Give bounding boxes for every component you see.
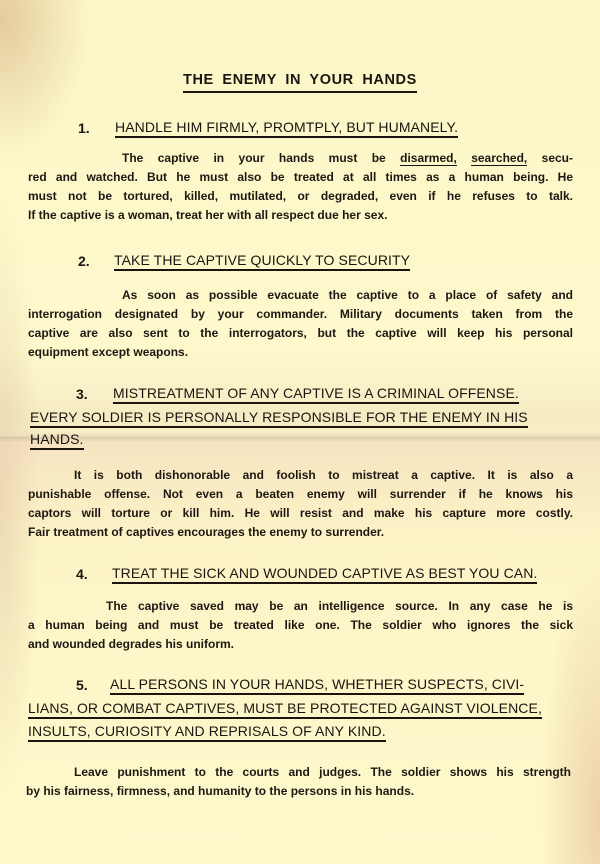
section-body: It is both dishonorable and foolish to m… <box>28 466 573 542</box>
paper-fold-crease <box>0 432 600 442</box>
section-body: Leave punishment to the courts and judge… <box>26 763 571 801</box>
section-body: The captive in your hands must be disarm… <box>28 149 573 225</box>
section-body: The captive saved may be an intelligence… <box>28 597 573 654</box>
section-body: As soon as possible evacuate the captive… <box>28 286 573 362</box>
section-heading-line: ALL PERSONS IN YOUR HANDS, WHETHER SUSPE… <box>110 673 524 696</box>
section-heading: TREAT THE SICK AND WOUNDED CAPTIVE AS BE… <box>112 562 537 585</box>
section-heading: HANDLE HIM FIRMLY, PROMTPLY, BUT HUMANEL… <box>115 116 458 139</box>
section-number: 5. <box>76 677 88 693</box>
section-number: 2. <box>78 253 90 269</box>
document-title: THE ENEMY IN YOUR HANDS <box>183 72 417 93</box>
section-heading-line: HANDS. <box>30 428 84 451</box>
section-heading-line: MISTREATMENT OF ANY CAPTIVE IS A CRIMINA… <box>113 382 519 405</box>
section-heading: TAKE THE CAPTIVE QUICKLY TO SECURITY <box>114 249 410 272</box>
section-heading-line: EVERY SOLDIER IS PERSONALLY RESPONSIBLE … <box>30 406 575 429</box>
section-number: 1. <box>78 120 90 136</box>
section-number: 3. <box>76 386 88 402</box>
section-heading-line: LIANS, OR COMBAT CAPTIVES, MUST BE PROTE… <box>28 697 542 720</box>
section-heading-line: INSULTS, CURIOSITY AND REPRISALS OF ANY … <box>28 720 386 743</box>
section-number: 4. <box>76 566 88 582</box>
